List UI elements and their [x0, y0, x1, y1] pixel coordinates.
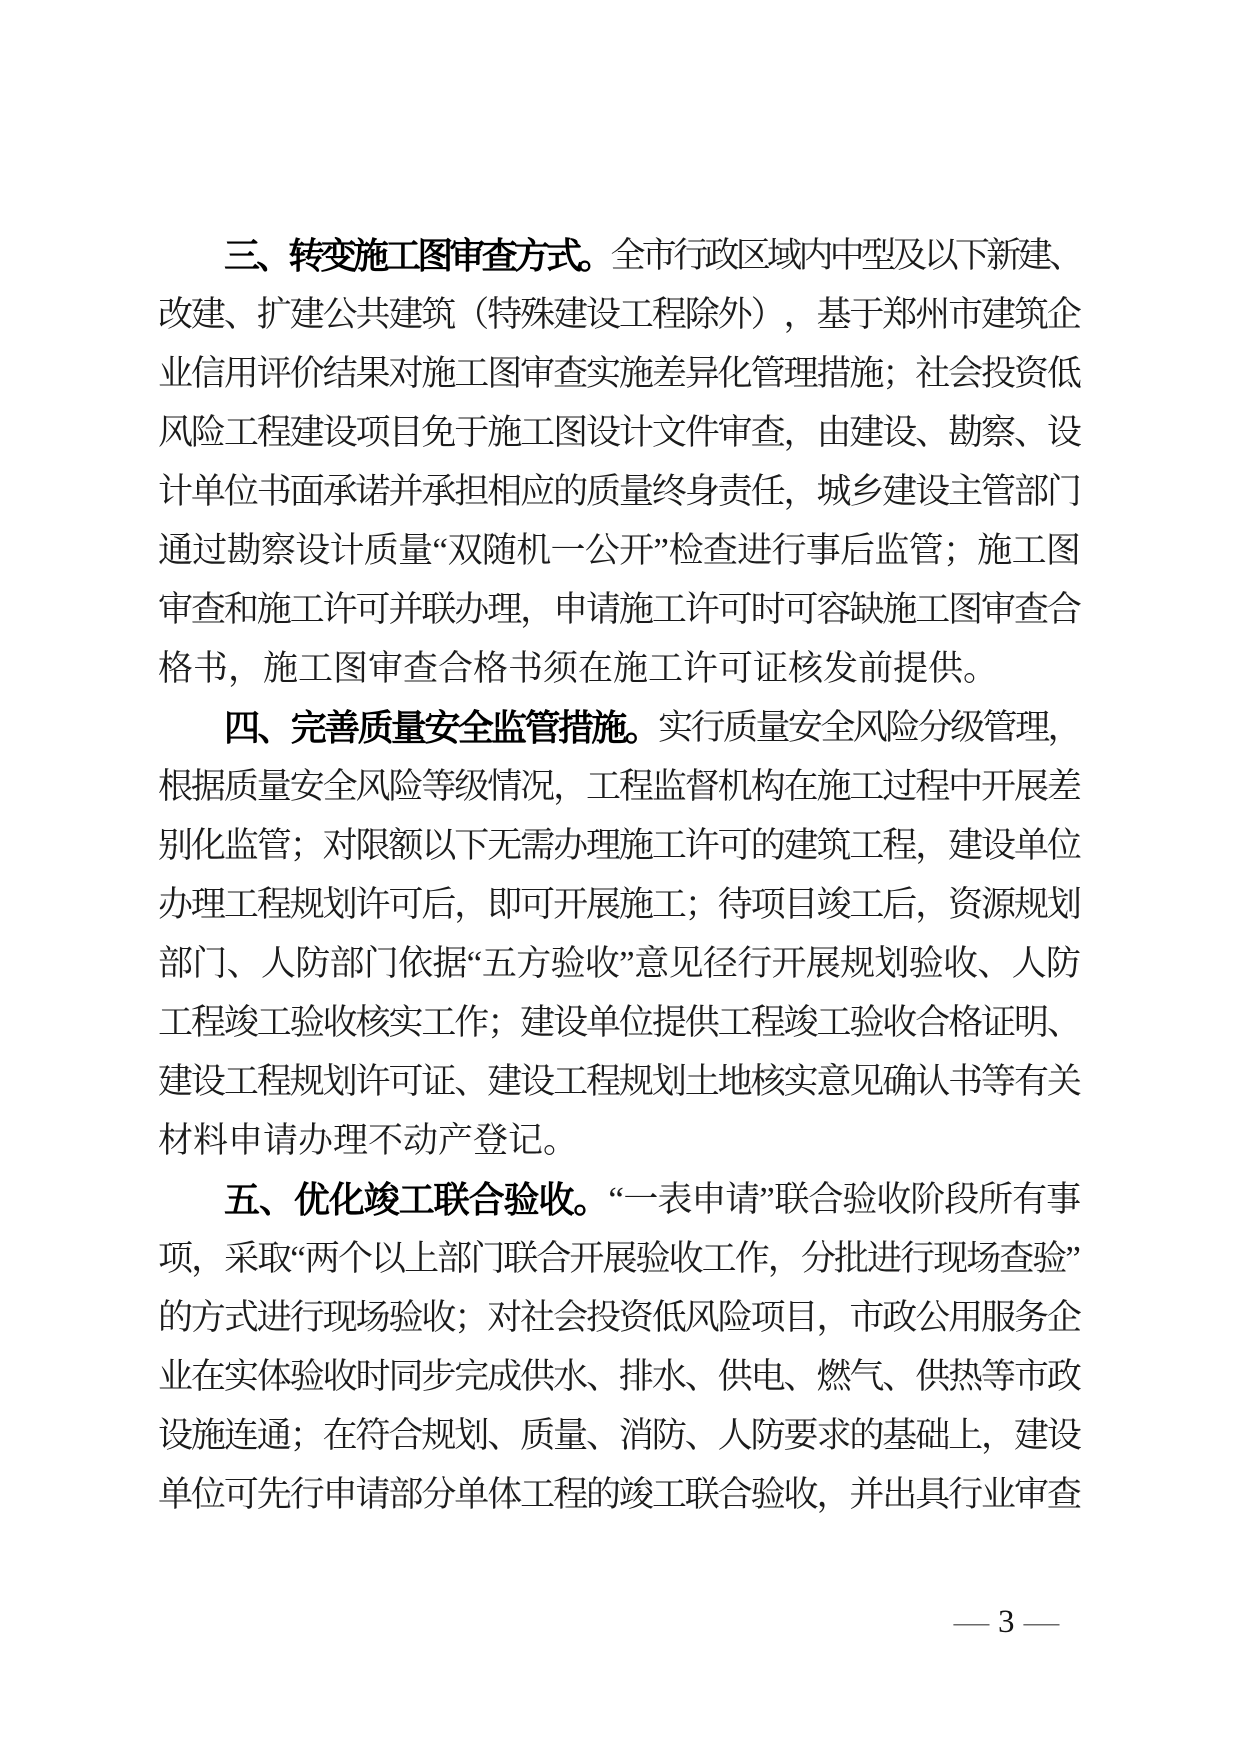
body-glyph: 分 — [801, 1241, 834, 1276]
body-glyph: 源 — [981, 887, 1014, 922]
body-glyph: 结 — [323, 356, 356, 391]
body-glyph: 据 — [432, 946, 466, 981]
body-glyph: 全 — [610, 238, 641, 273]
body-glyph: 建 — [849, 415, 882, 450]
body-glyph: 意 — [816, 1064, 849, 1099]
body-glyph: 筑 — [1014, 297, 1047, 332]
body-glyph: ， — [768, 1241, 801, 1276]
body-glyph: 可 — [388, 887, 421, 922]
text-line: 根据质量安全风险等级情况，工程监督机构在施工过程中开展差 — [158, 757, 1080, 816]
footer-dash-left: — — [954, 1600, 990, 1644]
body-glyph: 评 — [257, 356, 290, 391]
footer-dash-right: — — [1023, 1600, 1059, 1644]
body-glyph: 计 — [329, 533, 363, 568]
body-glyph: 划 — [874, 946, 908, 981]
body-glyph: 筑 — [421, 297, 454, 332]
body-glyph: 门 — [192, 946, 226, 981]
body-glyph: 政 — [882, 1300, 915, 1335]
body-glyph: 项 — [751, 887, 784, 922]
body-glyph: 额 — [388, 828, 421, 863]
body-glyph: ， — [553, 769, 586, 804]
body-glyph: 施 — [619, 592, 652, 627]
body-glyph: 验 — [849, 1005, 882, 1040]
body-glyph: 量 — [257, 769, 290, 804]
body-glyph: 机 — [516, 533, 550, 568]
body-glyph: 程 — [191, 1005, 224, 1040]
body-glyph: 明 — [1014, 1005, 1047, 1040]
text-line: 材料申请办理不动产登记。 — [158, 1111, 1080, 1170]
body-glyph: 扩 — [257, 297, 290, 332]
body-glyph: 改 — [158, 297, 191, 332]
body-glyph: 个 — [338, 1241, 371, 1276]
text-line: 设施连通；在符合规划、质量、消防、人防要求的基础上，建设 — [158, 1406, 1080, 1465]
body-glyph: 施 — [619, 887, 652, 922]
body-glyph: 单 — [158, 1477, 191, 1512]
section-heading-glyph: 、 — [257, 710, 290, 746]
body-glyph: 展 — [1014, 769, 1047, 804]
body-glyph: 在 — [784, 769, 817, 804]
body-glyph: 以 — [371, 1241, 404, 1276]
body-glyph: 书 — [948, 1064, 981, 1099]
body-glyph: 筑 — [816, 828, 849, 863]
body-glyph: 件 — [685, 415, 718, 450]
body-glyph: 工 — [702, 1241, 735, 1276]
body-glyph: 务 — [1014, 1300, 1047, 1335]
body-glyph: ” — [759, 1182, 774, 1217]
body-glyph: （ — [454, 297, 487, 332]
section-heading-glyph: 转 — [288, 238, 320, 274]
body-glyph: 气 — [849, 1359, 882, 1394]
body-glyph: 规 — [290, 1064, 323, 1099]
body-glyph: 社 — [520, 1300, 553, 1335]
body-glyph: 规 — [619, 1064, 652, 1099]
body-glyph: 申 — [323, 1477, 356, 1512]
page-number: 3 — [998, 1600, 1015, 1644]
body-glyph: “ — [608, 1182, 623, 1217]
body-glyph: 工 — [553, 1064, 586, 1099]
body-glyph: ， — [520, 592, 553, 627]
paragraph-first-line: 三、转变施工图审查方式。全市行政区域内中型及以下新建、 — [158, 226, 1080, 285]
body-glyph: 市 — [948, 297, 981, 332]
body-glyph: 部 — [329, 946, 363, 981]
text-line: 部门、人防部门依据“五方验收”意见径行开展规划验收、人防 — [158, 934, 1080, 993]
body-glyph: 监 — [224, 828, 257, 863]
body-glyph: 意 — [634, 946, 668, 981]
body-glyph: 位 — [191, 1477, 224, 1512]
body-glyph: 应 — [520, 474, 553, 509]
body-glyph: 理 — [1015, 710, 1047, 745]
body-glyph: 公 — [323, 297, 356, 332]
body-glyph: 收 — [669, 1241, 702, 1276]
body-glyph: 验 — [388, 1300, 421, 1335]
body-glyph: 可 — [784, 592, 817, 627]
body-glyph: 、 — [1049, 238, 1080, 273]
text-line: 业在实体验收时同步完成供水、排水、供电、燃气、供热等市政 — [158, 1347, 1080, 1406]
body-glyph: 险 — [388, 769, 421, 804]
body-glyph: 实 — [784, 1064, 817, 1099]
body-glyph: 实 — [658, 710, 690, 745]
body-glyph: 作 — [454, 1005, 487, 1040]
body-glyph: 设 — [520, 1064, 553, 1099]
body-glyph: 程 — [652, 297, 685, 332]
body-glyph: 符 — [356, 1418, 389, 1453]
body-glyph: 等 — [421, 769, 454, 804]
body-glyph: 市 — [849, 1300, 882, 1335]
body-glyph: 查 — [553, 356, 586, 391]
body-glyph: 办 — [158, 887, 191, 922]
body-glyph: 段 — [944, 1182, 978, 1217]
body-glyph: 基 — [816, 297, 849, 332]
body-glyph: 部 — [437, 1241, 470, 1276]
body-glyph: 并 — [388, 592, 421, 627]
body-glyph: 双 — [448, 533, 482, 568]
body-glyph: 差 — [1047, 769, 1080, 804]
section-heading-glyph: 优 — [294, 1182, 329, 1218]
body-glyph: 施 — [619, 828, 652, 863]
body-glyph: 资 — [1014, 356, 1047, 391]
section-heading-glyph: 管 — [525, 710, 558, 746]
body-glyph: 施 — [816, 769, 849, 804]
body-glyph: 竣 — [784, 1005, 817, 1040]
body-glyph: 承 — [323, 474, 356, 509]
body-glyph: 企 — [1047, 297, 1080, 332]
body-glyph: 区 — [736, 238, 767, 273]
section-heading-glyph: 。 — [573, 1182, 608, 1218]
body-glyph: ， — [816, 1477, 849, 1512]
body-glyph: 收 — [323, 1005, 356, 1040]
page-footer: — 3 — — [956, 1600, 1057, 1644]
body-glyph: 进 — [257, 1300, 290, 1335]
body-glyph: 政 — [704, 238, 735, 273]
body-glyph: 进 — [867, 1241, 900, 1276]
body-glyph: 分 — [918, 710, 950, 745]
body-glyph: 位 — [224, 474, 257, 509]
body-glyph: 管 — [981, 474, 1014, 509]
body-glyph: ， — [816, 1300, 849, 1335]
body-glyph: 验 — [290, 1359, 323, 1394]
body-glyph: 施 — [619, 356, 652, 391]
body-glyph: 工 — [849, 828, 882, 863]
body-glyph: 要 — [784, 1418, 817, 1453]
body-glyph: ， — [981, 1418, 1014, 1453]
paragraph-first-line: 五、优化竣工联合验收。“一表申请”联合验收阶段所有事 — [158, 1170, 1080, 1229]
body-glyph: 监 — [874, 533, 908, 568]
body-glyph: 施 — [849, 356, 882, 391]
body-glyph: 、 — [915, 415, 948, 450]
body-glyph: “ — [467, 946, 482, 981]
body-glyph: “ — [432, 533, 447, 568]
body-glyph: 面 — [290, 474, 323, 509]
body-glyph: 划 — [454, 1418, 487, 1453]
body-glyph: 申 — [553, 592, 586, 627]
body-glyph: 工 — [158, 1005, 191, 1040]
body-glyph: 、 — [224, 297, 257, 332]
body-glyph: 展 — [806, 946, 840, 981]
section-heading-glyph: 措 — [558, 710, 591, 746]
body-glyph: 、 — [1014, 415, 1047, 450]
body-glyph: 资 — [948, 887, 981, 922]
text-line: 单位可先行申请部分单体工程的竣工联合验收，并出具行业审查 — [158, 1465, 1080, 1524]
body-glyph: 并 — [849, 1477, 882, 1512]
body-glyph: 级 — [950, 710, 982, 745]
body-glyph: 图 — [948, 592, 981, 627]
body-glyph: 理 — [487, 592, 520, 627]
body-glyph: 业 — [158, 1359, 191, 1394]
body-glyph: 收 — [585, 946, 619, 981]
body-glyph: 等 — [981, 1064, 1014, 1099]
body-glyph: 一 — [550, 533, 584, 568]
body-glyph: 工 — [652, 592, 685, 627]
body-glyph: 建 — [553, 297, 586, 332]
body-glyph: 时 — [356, 1359, 389, 1394]
section-heading-glyph: 。 — [625, 710, 658, 746]
body-glyph: 会 — [553, 1300, 586, 1335]
body-glyph: 以 — [421, 828, 454, 863]
body-glyph: 用 — [948, 1300, 981, 1335]
body-glyph: 以 — [924, 238, 955, 273]
text-line: 的方式进行现场验收；对社会投资低风险项目，市政公用服务企 — [158, 1288, 1080, 1347]
body-glyph: 开 — [619, 533, 653, 568]
body-glyph: 、 — [784, 1359, 817, 1394]
body-glyph: 上 — [948, 1418, 981, 1453]
body-glyph: 于 — [454, 415, 487, 450]
body-glyph: 后 — [421, 887, 454, 922]
body-glyph: 的 — [849, 1418, 882, 1453]
body-glyph: 风 — [356, 769, 389, 804]
section-heading-glyph: 验 — [504, 1182, 539, 1218]
body-glyph: 建 — [948, 828, 981, 863]
body-glyph: 联 — [685, 1477, 718, 1512]
body-glyph: 构 — [751, 769, 784, 804]
body-glyph: 质 — [224, 769, 257, 804]
body-glyph: 相 — [487, 474, 520, 509]
body-glyph: 工 — [520, 1477, 553, 1512]
body-glyph: 场 — [966, 1241, 999, 1276]
body-glyph: 划 — [1047, 887, 1080, 922]
body-glyph: 后 — [840, 533, 874, 568]
body-glyph: 共 — [356, 297, 389, 332]
body-glyph: 供 — [520, 1359, 553, 1394]
body-glyph: 可 — [718, 592, 751, 627]
section-heading-glyph: 竣 — [364, 1182, 399, 1218]
section-heading-glyph: 工 — [399, 1182, 434, 1218]
body-glyph: 合 — [718, 1477, 751, 1512]
body-glyph: 工 — [586, 769, 619, 804]
body-glyph: 、 — [685, 1359, 718, 1394]
section-heading-glyph: 合 — [469, 1182, 504, 1218]
body-glyph: 过 — [882, 769, 915, 804]
body-glyph: 电 — [751, 1359, 784, 1394]
body-glyph: 取 — [257, 1241, 290, 1276]
body-glyph: 竣 — [224, 1005, 257, 1040]
body-glyph: 成 — [487, 1359, 520, 1394]
body-glyph: 诺 — [356, 474, 389, 509]
body-glyph: 对 — [487, 1300, 520, 1335]
body-glyph: 理 — [784, 356, 817, 391]
body-glyph: 行 — [737, 946, 771, 981]
body-glyph: 会 — [948, 356, 981, 391]
body-glyph: ； — [290, 828, 323, 863]
body-glyph: ； — [290, 1418, 323, 1453]
body-glyph: 许 — [356, 1064, 389, 1099]
body-glyph: 办 — [454, 592, 487, 627]
body-glyph: ， — [915, 828, 948, 863]
body-glyph: 审 — [981, 592, 1014, 627]
body-glyph: 规 — [290, 887, 323, 922]
body-glyph: 上 — [404, 1241, 437, 1276]
body-glyph: 设 — [586, 415, 619, 450]
body-glyph: 由 — [816, 415, 849, 450]
body-glyph: 工 — [454, 356, 487, 391]
body-glyph: 竣 — [816, 887, 849, 922]
body-glyph: 施 — [882, 592, 915, 627]
body-glyph: ） — [751, 297, 784, 332]
body-glyph: ， — [1048, 710, 1080, 745]
body-glyph: 部 — [1014, 474, 1047, 509]
body-glyph: 建 — [191, 297, 224, 332]
body-glyph: 对 — [388, 356, 421, 391]
text-line: 业信用评价结果对施工图审查实施差异化管理措施；社会投资低 — [158, 344, 1080, 403]
body-glyph: 的 — [158, 1300, 191, 1335]
body-glyph: 价 — [290, 356, 323, 391]
body-glyph: 体 — [257, 1359, 290, 1394]
body-glyph: 乡 — [849, 474, 882, 509]
text-line: 改建、扩建公共建筑（特殊建设工程除外），基于郑州市建筑企 — [158, 285, 1080, 344]
body-glyph: ， — [784, 415, 817, 450]
body-glyph: 供 — [685, 1005, 718, 1040]
section-heading-glyph: 安 — [424, 710, 457, 746]
body-glyph: 程 — [257, 1064, 290, 1099]
body-glyph: 理 — [191, 887, 224, 922]
text-line: 工程竣工验收核实工作；建设单位提供工程竣工验收合格证明、 — [158, 993, 1080, 1052]
section-heading-glyph: 。 — [578, 238, 610, 274]
body-glyph: 工 — [224, 887, 257, 922]
body-glyph: 见 — [849, 1064, 882, 1099]
body-glyph: 随 — [482, 533, 516, 568]
body-glyph: 并 — [388, 474, 421, 509]
body-glyph: 具 — [915, 1477, 948, 1512]
body-glyph: 目 — [784, 1300, 817, 1335]
body-glyph: 设 — [882, 415, 915, 450]
body-glyph: 建 — [882, 474, 915, 509]
body-glyph: 规 — [840, 946, 874, 981]
body-glyph: 资 — [619, 1300, 652, 1335]
body-glyph: 划 — [652, 1064, 685, 1099]
body-glyph: 分 — [421, 1477, 454, 1512]
body-glyph: 所 — [978, 1182, 1012, 1217]
body-glyph: 依 — [398, 946, 432, 981]
body-glyph: ， — [191, 1241, 224, 1276]
body-glyph: 的 — [586, 1477, 619, 1512]
body-glyph: 信 — [191, 356, 224, 391]
body-glyph: 燃 — [816, 1359, 849, 1394]
body-glyph: 查 — [751, 415, 784, 450]
body-glyph: 程 — [915, 769, 948, 804]
body-glyph: 对 — [323, 828, 356, 863]
body-glyph: 门 — [364, 946, 398, 981]
text-line: 建设工程规划许可证、建设工程规划土地核实意见确认书等有关 — [158, 1052, 1080, 1111]
body-glyph: 规 — [1014, 887, 1047, 922]
body-text: 格书，施工图审查合格书须在施工许可证核发前提供。 — [158, 649, 998, 688]
body-glyph: 目 — [388, 415, 421, 450]
body-glyph: 核 — [356, 1005, 389, 1040]
body-glyph: 门 — [1047, 474, 1080, 509]
body-glyph: 供 — [718, 1359, 751, 1394]
body-glyph: 市 — [1014, 1359, 1047, 1394]
body-glyph: 中 — [830, 238, 861, 273]
body-glyph: 开 — [771, 946, 805, 981]
body-glyph: 地 — [718, 1064, 751, 1099]
body-glyph: 请 — [356, 1477, 389, 1512]
section-heading-glyph: 图 — [417, 238, 449, 274]
body-glyph: 合 — [536, 1241, 569, 1276]
body-glyph: 程 — [257, 415, 290, 450]
body-glyph: 式 — [224, 1300, 257, 1335]
body-glyph: 文 — [652, 415, 685, 450]
section-heading-glyph: 监 — [491, 710, 524, 746]
section-heading-glyph: 施 — [353, 238, 385, 274]
body-glyph: 项 — [356, 415, 389, 450]
body-glyph: 域 — [767, 238, 798, 273]
body-glyph: 任 — [751, 474, 784, 509]
body-glyph: ， — [915, 887, 948, 922]
body-glyph: 施 — [487, 415, 520, 450]
body-glyph: ； — [685, 887, 718, 922]
body-glyph: 承 — [421, 474, 454, 509]
body-glyph: 量 — [619, 474, 652, 509]
body-glyph: 、 — [454, 1064, 487, 1099]
body-glyph: 收 — [882, 1005, 915, 1040]
body-glyph: 外 — [718, 297, 751, 332]
body-glyph: 设 — [295, 533, 329, 568]
body-glyph: 身 — [685, 474, 718, 509]
body-glyph: 水 — [553, 1359, 586, 1394]
body-glyph: 一 — [623, 1182, 657, 1217]
body-glyph: 管 — [751, 356, 784, 391]
body-glyph: 低 — [652, 1300, 685, 1335]
body-glyph: 下 — [955, 238, 986, 273]
body-glyph: 设 — [1047, 1418, 1080, 1453]
body-glyph: 工 — [520, 415, 553, 450]
body-glyph: 时 — [751, 592, 784, 627]
section-heading-glyph: 施 — [591, 710, 624, 746]
text-line: 计单位书面承诺并承担相应的质量终身责任，城乡建设主管部门 — [158, 462, 1080, 521]
body-glyph: 水 — [652, 1359, 685, 1394]
body-glyph: 验 — [290, 1005, 323, 1040]
body-glyph: ， — [454, 887, 487, 922]
section-heading-glyph: 五 — [224, 1182, 259, 1218]
body-glyph: 查 — [999, 1241, 1032, 1276]
body-glyph: 可 — [520, 887, 553, 922]
body-glyph: 施 — [977, 533, 1011, 568]
body-glyph: 行 — [948, 1477, 981, 1512]
body-glyph: 程 — [553, 1477, 586, 1512]
body-glyph: 提 — [652, 1005, 685, 1040]
body-glyph: 行 — [691, 710, 723, 745]
body-glyph: 展 — [602, 1241, 635, 1276]
body-glyph: 许 — [685, 828, 718, 863]
section-heading-glyph: 方 — [514, 238, 546, 274]
body-glyph: 认 — [915, 1064, 948, 1099]
body-glyph: 联 — [503, 1241, 536, 1276]
body-glyph: 检 — [669, 533, 703, 568]
body-glyph: 管 — [983, 710, 1015, 745]
body-glyph: 进 — [737, 533, 771, 568]
body-glyph: 程 — [619, 769, 652, 804]
body-glyph: 异 — [685, 356, 718, 391]
body-glyph: 工 — [849, 887, 882, 922]
body-glyph: 方 — [191, 1300, 224, 1335]
